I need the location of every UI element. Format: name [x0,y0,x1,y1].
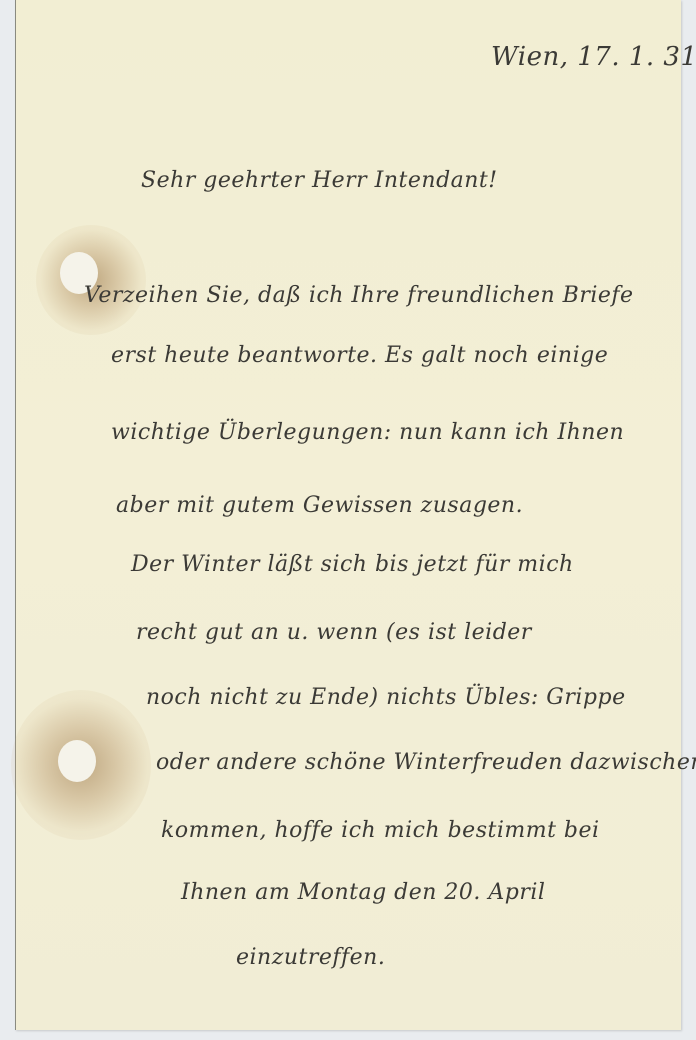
salutation: Sehr geehrter Herr Intendant! [141,168,498,193]
body-line: wichtige Überlegungen: nun kann ich Ihne… [111,420,624,445]
body-line: erst heute beantworte. Es galt noch eini… [111,343,608,368]
body-line: noch nicht zu Ende) nichts Übles: Grippe [146,685,626,710]
body-line: einzutreffen. [236,945,385,970]
body-line: kommen, hoffe ich mich bestimmt bei [161,818,600,843]
punch-hole-bottom [58,740,96,782]
date-line: Wien, 17. 1. 31. [491,42,696,72]
body-line: oder andere schöne Winterfreuden dazwisc… [156,750,696,775]
body-line: Ihnen am Montag den 20. April [181,880,545,905]
body-line: Verzeihen Sie, daß ich Ihre freundlichen… [84,283,634,308]
body-line: recht gut an u. wenn (es ist leider [136,620,532,645]
body-line: Der Winter läßt sich bis jetzt für mich [131,552,574,577]
letter-paper: Wien, 17. 1. 31. Sehr geehrter Herr Inte… [15,0,681,1030]
body-line: aber mit gutem Gewissen zusagen. [116,493,523,518]
